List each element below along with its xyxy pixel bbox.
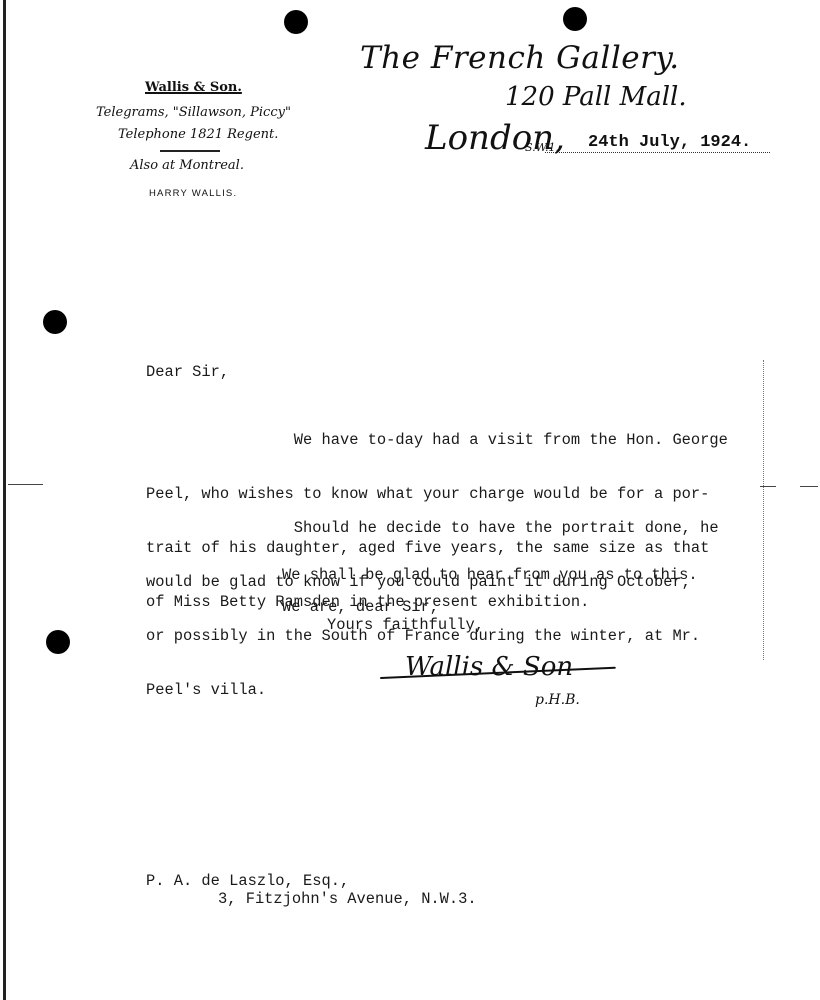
date-line bbox=[545, 152, 770, 153]
punch-hole bbox=[284, 10, 308, 34]
signature: Wallis & Son bbox=[405, 652, 573, 682]
fold-mark bbox=[800, 486, 818, 487]
letter-date: 24th July, 1924. bbox=[588, 133, 751, 152]
also-at-line: Also at Montreal. bbox=[130, 158, 244, 173]
paragraph-line: Should he decide to have the portrait do… bbox=[146, 519, 719, 537]
gallery-address: 120 Pall Mall. bbox=[505, 82, 687, 112]
salutation: Dear Sir, bbox=[146, 363, 229, 381]
letterhead-rule bbox=[160, 150, 220, 152]
closing-line-2: Yours faithfully, bbox=[327, 616, 484, 634]
telegrams-line: Telegrams, "Sillawson, Piccy" bbox=[96, 105, 291, 120]
punch-hole bbox=[563, 7, 587, 31]
scan-edge bbox=[3, 0, 6, 1000]
punch-hole bbox=[46, 630, 70, 654]
punch-hole bbox=[43, 310, 67, 334]
paragraph-3: We shall be glad to hear from you as to … bbox=[282, 566, 698, 584]
firm-name: Wallis & Son. bbox=[145, 80, 242, 95]
proprietor-name: HARRY WALLIS. bbox=[149, 188, 237, 199]
fold-mark bbox=[8, 484, 43, 485]
letter-page: The French Gallery. 120 Pall Mall. Londo… bbox=[0, 0, 820, 1000]
addressee-address: 3, Fitzjohn's Avenue, N.W.3. bbox=[218, 890, 477, 908]
paragraph-line: We have to-day had a visit from the Hon.… bbox=[146, 431, 728, 449]
paragraph-line: Peel's villa. bbox=[146, 681, 719, 699]
closing-line-1: We are, dear Sir, bbox=[282, 598, 439, 616]
gallery-name: The French Gallery. bbox=[360, 40, 680, 76]
telephone-line: Telephone 1821 Regent. bbox=[118, 127, 278, 142]
addressee-name: P. A. de Laszlo, Esq., bbox=[146, 872, 349, 890]
margin-dots bbox=[763, 360, 765, 660]
signer-initials: p.H.B. bbox=[535, 692, 580, 708]
